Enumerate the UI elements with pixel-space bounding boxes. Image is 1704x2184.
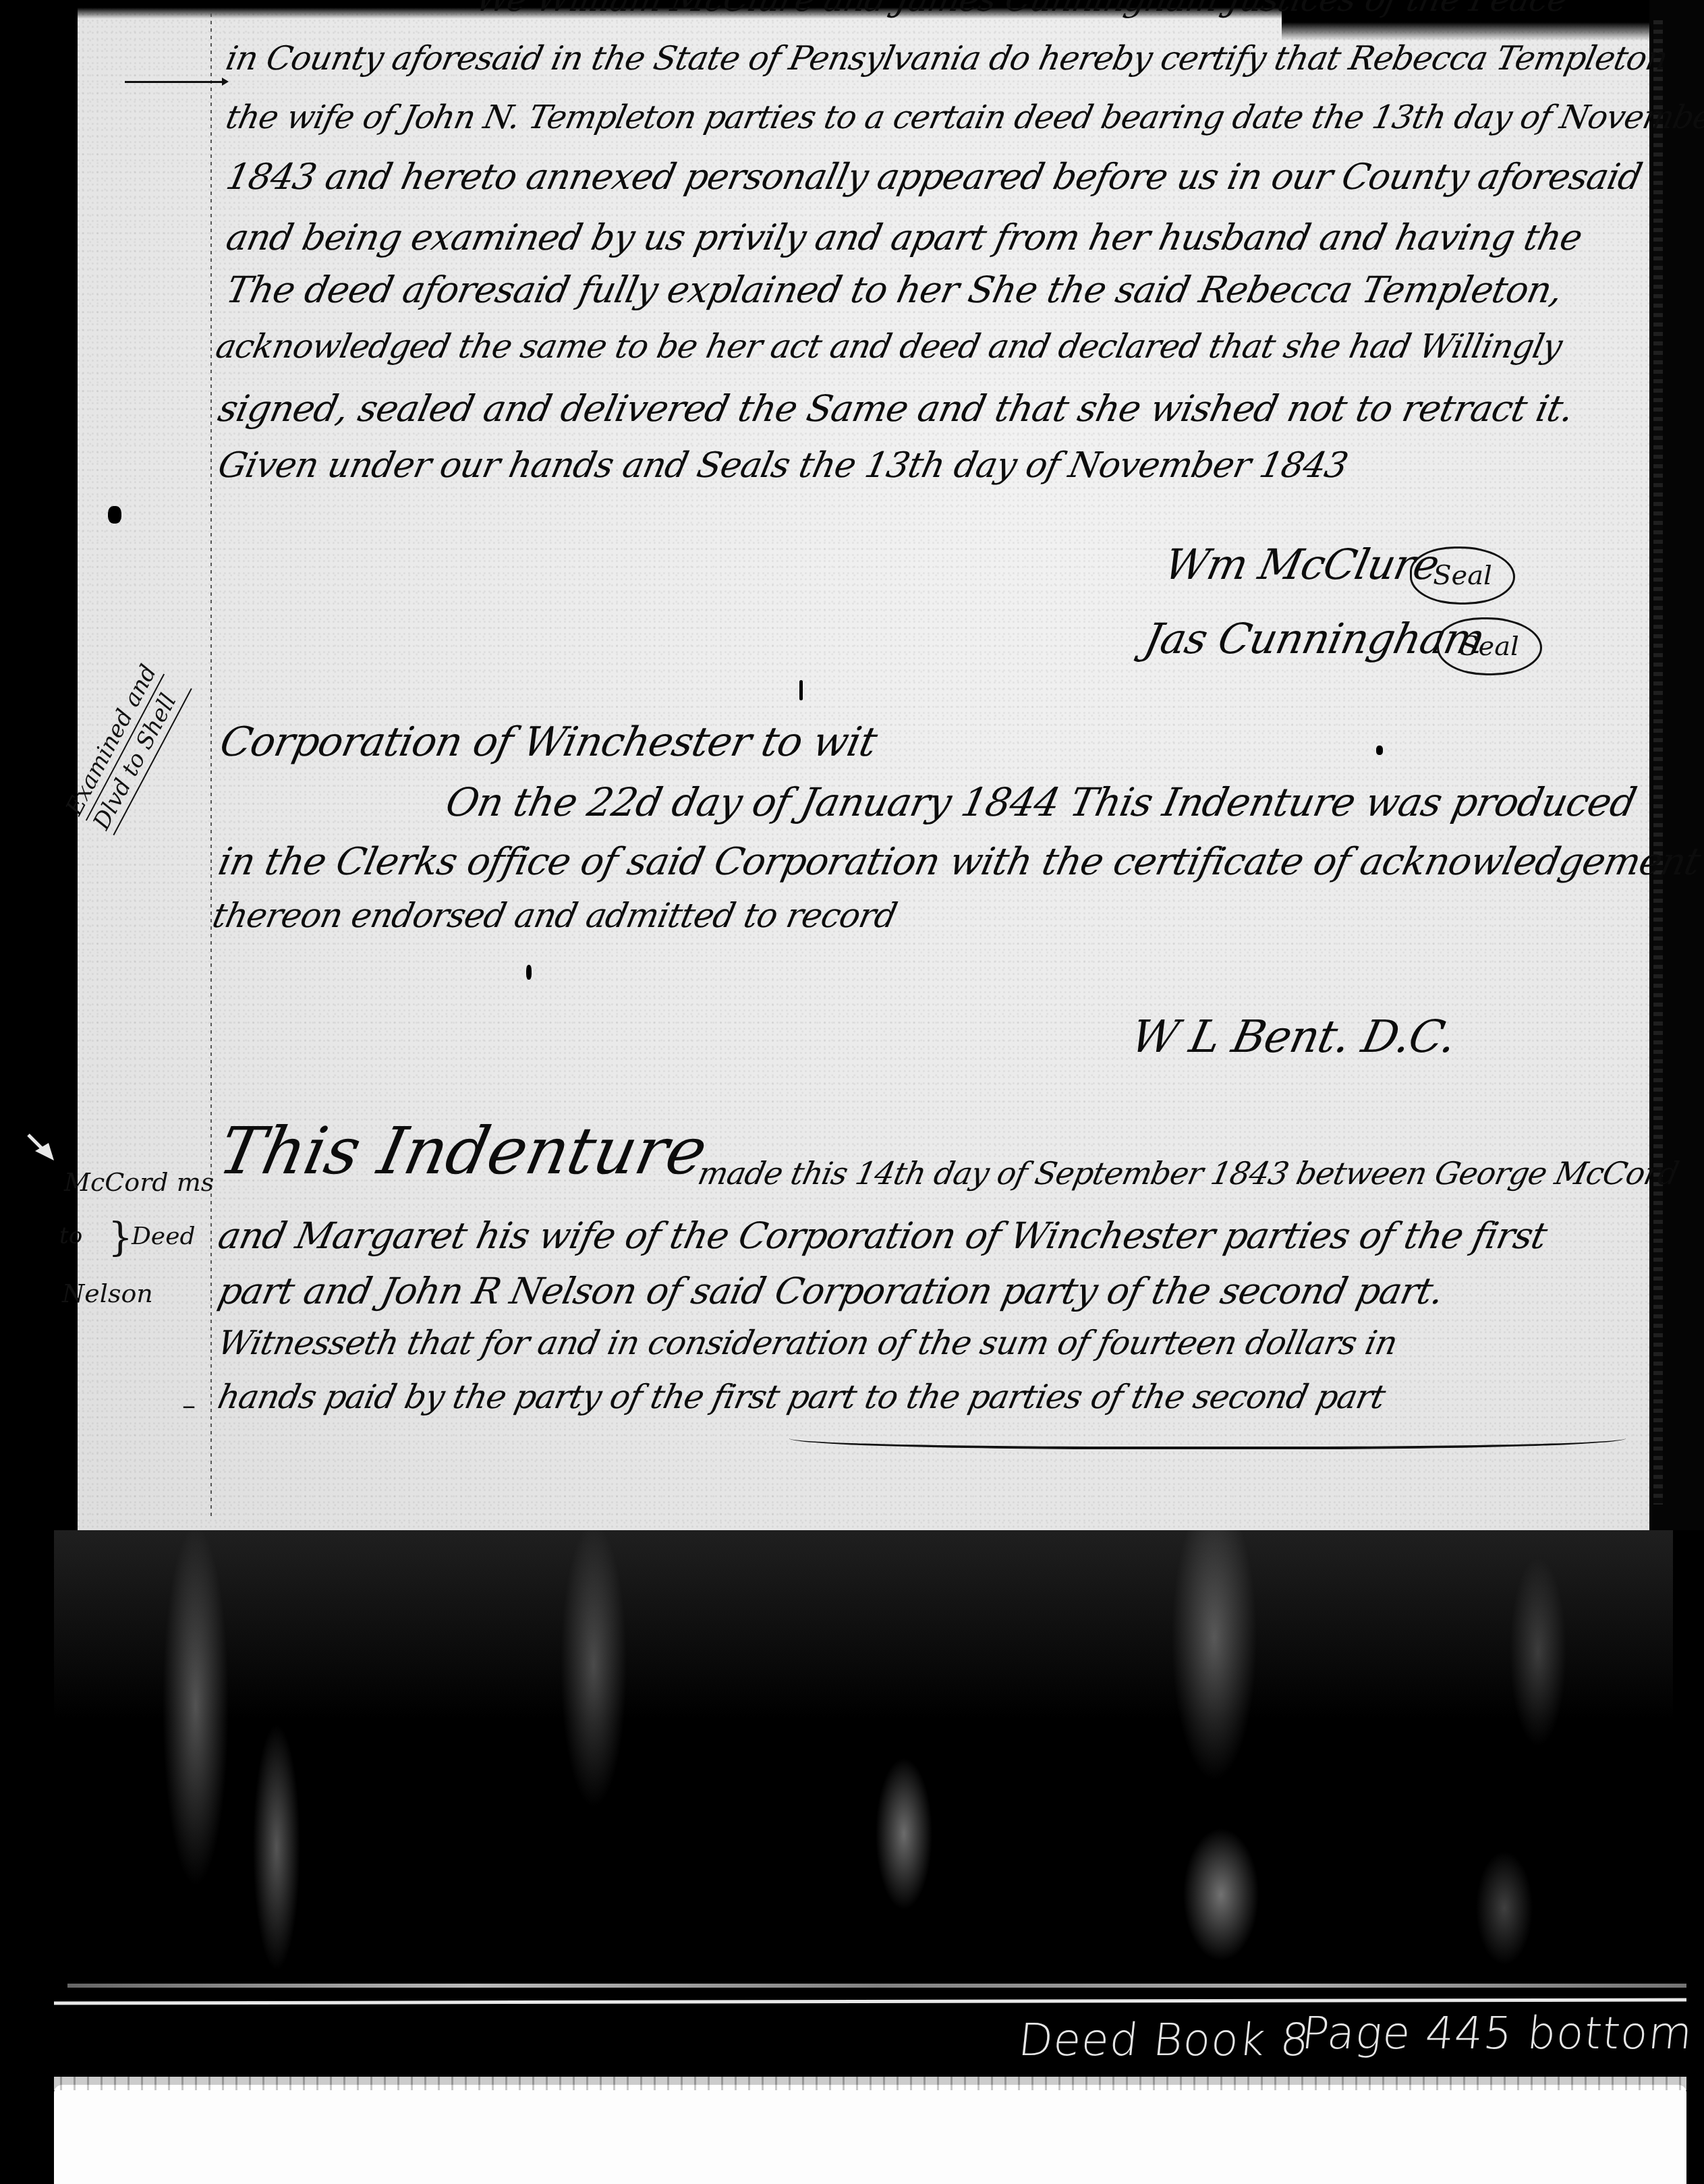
film-label-page: Page 445 bottom bbox=[1299, 2007, 1695, 2059]
margin-note-deed: Deed bbox=[132, 1223, 196, 1250]
margin-note-to: to bbox=[59, 1223, 82, 1250]
margin-dash: – bbox=[182, 1390, 196, 1421]
certificate-line-4: and being examined by us privily and apa… bbox=[223, 217, 1585, 258]
right-binding-edge bbox=[1649, 0, 1704, 1530]
ink-speck bbox=[526, 965, 532, 980]
seal-label: Seal bbox=[1460, 631, 1519, 662]
certificate-line-7: signed, sealed and delivered the Same an… bbox=[215, 387, 1577, 430]
indenture-line-4: Witnesseth that for and in consideration… bbox=[215, 1324, 1400, 1362]
recording-heading: Corporation of Winchester to wit bbox=[216, 719, 880, 766]
film-shadow-streaks bbox=[54, 1530, 1673, 2003]
seal-cunningham: Seal bbox=[1437, 617, 1542, 675]
recording-line-2: in the Clerks office of said Corporation… bbox=[215, 840, 1704, 884]
microfilm-scan: We William McClure and James Cunningham … bbox=[0, 0, 1704, 2184]
certificate-line-8: Given under our hands and Seals the 13th… bbox=[215, 445, 1351, 486]
certificate-line-3: 1843 and hereto annexed personally appea… bbox=[223, 157, 1645, 198]
seal-mcclure: Seal bbox=[1410, 547, 1515, 605]
ink-speck bbox=[1376, 746, 1383, 755]
recording-line-3: thereon endorsed and admitted to record bbox=[209, 896, 900, 935]
certificate-line-1: in County aforesaid in the State of Pens… bbox=[223, 39, 1671, 78]
indenture-line-3: part and John R Nelson of said Corporati… bbox=[215, 1270, 1447, 1312]
recording-line-1: On the 22d day of January 1844 This Inde… bbox=[442, 779, 1640, 825]
film-bottom-strip bbox=[54, 2085, 1686, 2184]
partial-top-line: We William McClure and James Cunningham … bbox=[472, 0, 1571, 19]
signature-mcclure: Wm McClure bbox=[1160, 540, 1443, 589]
indenture-title: This Indenture bbox=[212, 1113, 714, 1189]
left-margin-rule bbox=[210, 13, 212, 1518]
margin-pointer-arrow-icon bbox=[125, 81, 226, 83]
brace-icon: } bbox=[108, 1214, 133, 1260]
certificate-line-5: The deed aforesaid fully explained to he… bbox=[223, 269, 1566, 311]
film-edge-line bbox=[67, 1984, 1686, 1988]
indenture-line-5: hands paid by the party of the first par… bbox=[215, 1378, 1388, 1416]
margin-note-grantee: Nelson bbox=[62, 1279, 153, 1308]
indenture-line-2: and Margaret his wife of the Corporation… bbox=[215, 1214, 1550, 1257]
indenture-line-1: made this 14th day of September 1843 bet… bbox=[695, 1155, 1682, 1192]
margin-arrow-icon bbox=[26, 1132, 58, 1165]
clerk-signature: W L Bent. D.C. bbox=[1127, 1011, 1460, 1063]
certificate-line-6: acknowledged the same to be her act and … bbox=[212, 327, 1565, 366]
seal-label: Seal bbox=[1433, 560, 1492, 591]
ink-mark bbox=[799, 680, 803, 700]
certificate-line-2: the wife of John N. Templeton parties to… bbox=[223, 99, 1704, 136]
ink-blot bbox=[108, 506, 121, 524]
margin-note-grantor: McCord ms bbox=[64, 1167, 214, 1197]
film-label-book: Deed Book 8 bbox=[1016, 2014, 1312, 2066]
